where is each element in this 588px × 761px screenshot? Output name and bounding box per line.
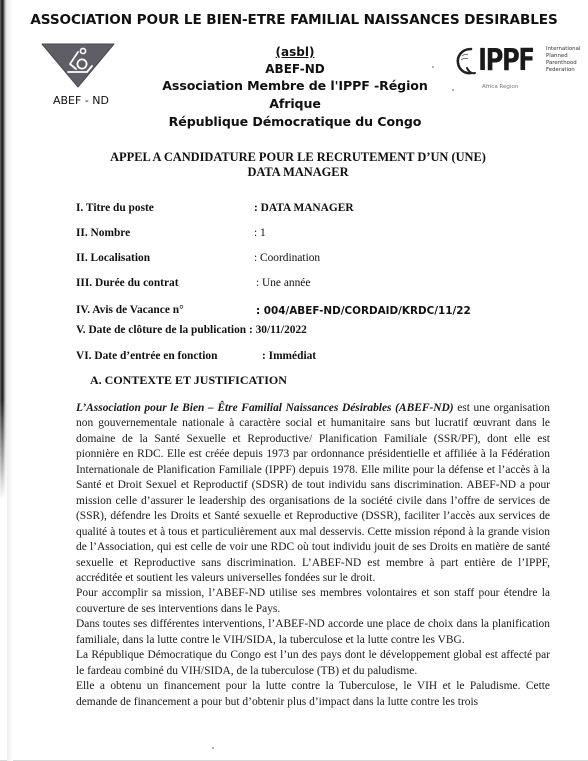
paragraph-country-burden: La République Démocratique du Congo est … (76, 648, 550, 679)
field-value: : Immédiat (262, 350, 316, 362)
paragraph-lead: L’Association pour le Bien – Être Famili… (76, 402, 454, 414)
abef-nd-logo: ABEF - ND (38, 42, 120, 112)
page-edge-shadow (0, 0, 7, 500)
abef-nd-logo-icon (40, 42, 116, 88)
document-title-line-1: APPEL A CANDIDATURE POUR LE RECRUTEMENT … (88, 150, 508, 165)
field-label: II. Localisation (76, 252, 150, 264)
field-value: : DATA MANAGER (254, 202, 354, 214)
ippf-name-line-1: International (546, 46, 586, 53)
scan-speck (212, 747, 214, 749)
ippf-logo-icon (455, 46, 479, 78)
paragraph-funding: Elle a obtenu un financement pour la lut… (76, 679, 550, 710)
paragraph-interventions: Dans toutes ses différentes intervention… (76, 617, 550, 648)
ippf-wordmark: IPPF (478, 44, 533, 78)
document-title-line-2: DATA MANAGER (88, 165, 508, 180)
document-title: APPEL A CANDIDATURE POUR LE RECRUTEMENT … (88, 150, 508, 180)
field-label: IV. Avis de Vacance n° (76, 304, 184, 316)
field-label: VI. Date d’entrée en fonction (76, 350, 217, 362)
abef-nd-logo-caption: ABEF - ND (38, 94, 124, 107)
field-label: III. Durée du contrat (76, 277, 179, 289)
field-value: : Coordination (254, 252, 320, 264)
context-body: L’Association pour le Bien – Être Famili… (76, 401, 550, 710)
field-value: : Une année (256, 277, 310, 289)
field-label: V. Date de clôture de la publication : 3… (76, 324, 307, 336)
document-page: ASSOCIATION POUR LE BIEN-ETRE FAMILIAL N… (0, 0, 588, 761)
ippf-logo: IPPF International Planned Parenthood Fe… (452, 44, 588, 100)
section-heading-context: A. CONTEXTE ET JUSTIFICATION (90, 373, 287, 388)
country-line: République Démocratique du Congo (140, 113, 450, 131)
ippf-full-name: International Planned Parenthood Federat… (546, 46, 586, 74)
paragraph-mission: Pour accomplir sa mission, l’ABEF-ND uti… (76, 586, 550, 617)
organization-abbreviation: ABEF-ND (140, 61, 450, 77)
page-edge-soft (7, 0, 13, 761)
organization-full-name: ASSOCIATION POUR LE BIEN-ETRE FAMILIAL N… (0, 12, 588, 28)
scan-speck (432, 66, 434, 68)
membership-line: Association Membre de l'IPPF -Région Afr… (140, 77, 450, 113)
ippf-name-line-3: Federation (546, 67, 586, 74)
scan-speck (452, 89, 454, 91)
paragraph-intro: L’Association pour le Bien – Être Famili… (76, 401, 550, 586)
ippf-name-line-2: Planned Parenthood (546, 53, 586, 67)
field-value: : 004/ABEF-ND/CORDAID/KRDC/11/22 (256, 305, 471, 317)
ippf-region: Africa Region (482, 84, 518, 90)
field-label: I. Titre du poste (76, 202, 154, 214)
legal-form: (asbl) (140, 44, 450, 60)
organization-header: (asbl) ABEF-ND Association Membre de l'I… (140, 44, 450, 131)
paragraph-intro-text: est une organisation non gouvernementale… (76, 402, 550, 584)
field-label: II. Nombre (76, 227, 130, 239)
field-value: : 1 (254, 227, 266, 239)
